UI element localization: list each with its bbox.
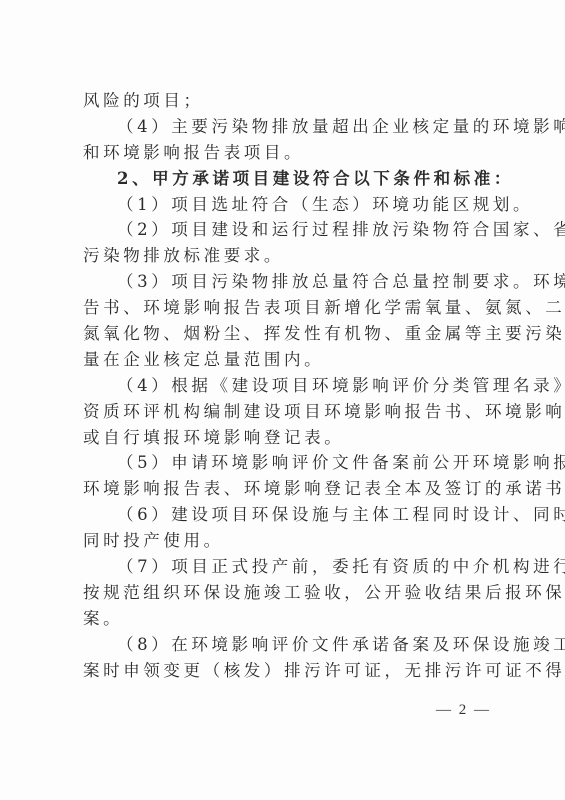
text-line: （1）项目选址符合（生态）环境功能区规划。 [83, 192, 501, 218]
text-line: 环境影响报告表、环境影响登记表全本及签订的承诺书。 [83, 476, 501, 502]
text-line: （4）主要污染物排放量超出企业核定量的环境影响报告书 [83, 114, 501, 140]
text-line: 风险的项目； [83, 88, 501, 114]
text-line: 告书、环境影响报告表项目新增化学需氧量、氨氮、二氧化硫、 [83, 295, 501, 321]
text-line: 案。 [83, 606, 501, 632]
text-line: 按规范组织环保设施竣工验收，公开验收结果后报环保部门备 [83, 580, 501, 606]
text-line: （8）在环境影响评价文件承诺备案及环保设施竣工验收备 [83, 632, 501, 658]
text-line: （5）申请环境影响评价文件备案前公开环境影响报告书、 [83, 450, 501, 476]
text-line: 或自行填报环境影响登记表。 [83, 425, 501, 451]
text-line: （2）项目建设和运行过程排放污染物符合国家、省规定的 [83, 217, 501, 243]
text-line: 资质环评机构编制建设项目环境影响报告书、环境影响报告表 [83, 399, 501, 425]
text-line: 同时投产使用。 [83, 528, 501, 554]
text-line: （4）根据《建设项目环境影响评价分类管理名录》委托有 [83, 373, 501, 399]
text-line: （6）建设项目环保设施与主体工程同时设计、同时施工、 [83, 502, 501, 528]
text-line: 案时申领变更（核发）排污许可证，无排污许可证不得排污。 [83, 658, 501, 684]
page-number: — 2 — [436, 702, 491, 719]
section-heading: 2、甲方承诺项目建设符合以下条件和标准： [83, 166, 501, 192]
text-line: 和环境影响报告表项目。 [83, 140, 501, 166]
text-line: 量在企业核定总量范围内。 [83, 347, 501, 373]
document-body: 风险的项目； （4）主要污染物排放量超出企业核定量的环境影响报告书 和环境影响报… [83, 88, 501, 683]
text-line: （7）项目正式投产前，委托有资质的中介机构进行监测， [83, 554, 501, 580]
text-line: 污染物排放标准要求。 [83, 243, 501, 269]
document-page: 风险的项目； （4）主要污染物排放量超出企业核定量的环境影响报告书 和环境影响报… [0, 0, 565, 800]
text-line: 氮氧化物、烟粉尘、挥发性有机物、重金属等主要污染物排放 [83, 321, 501, 347]
text-line: （3）项目污染物排放总量符合总量控制要求。环境影响报 [83, 269, 501, 295]
